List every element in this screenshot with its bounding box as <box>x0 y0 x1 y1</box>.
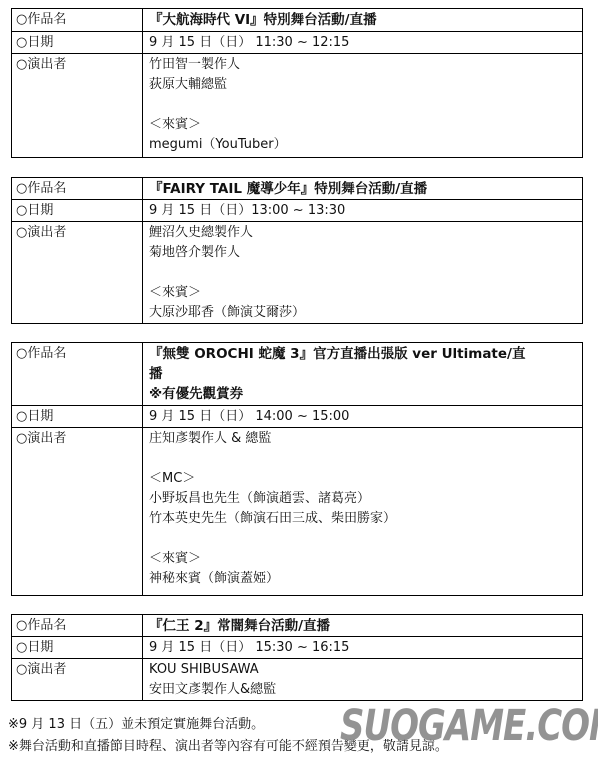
cast-line: megumi（YouTuber） <box>149 135 576 155</box>
cast-line: ＜來賓＞ <box>149 549 576 569</box>
event-table-4: ○作品名 『仁王 2』常闇舞台活動/直播 ○日期 9 月 15 日（日） 15:… <box>11 614 583 701</box>
cast-line: 神秘來賓（飾演蓋婭） <box>149 569 576 589</box>
cast-line: ＜MC＞ <box>149 469 576 489</box>
cast-line: 大原沙耶香（飾演艾爾莎） <box>149 303 576 323</box>
event-date: 9 月 15 日（日） 15:30 ~ 16:15 <box>143 637 583 659</box>
label-date: ○日期 <box>12 32 143 54</box>
label-title: ○作品名 <box>12 178 143 200</box>
cast-line: KOU SHIBUSAWA <box>149 660 576 680</box>
title-line: 『無雙 OROCHI 蛇魔 3』官方直播出張版 ver Ultimate/直 <box>149 344 576 364</box>
event-title: 『大航海時代 VI』特別舞台活動/直播 <box>143 9 583 32</box>
cast-line <box>149 263 576 283</box>
label-date: ○日期 <box>12 406 143 428</box>
cast-line: 小野坂昌也先生（飾演趙雲、諸葛亮） <box>149 489 576 509</box>
title-line: 播 <box>149 364 576 384</box>
label-cast: ○演出者 <box>12 222 143 324</box>
event-cast: KOU SHIBUSAWA 安田文彥製作人&總監 <box>143 659 583 701</box>
label-title: ○作品名 <box>12 343 143 406</box>
cast-line: ＜來賓＞ <box>149 283 576 303</box>
label-cast: ○演出者 <box>12 428 143 596</box>
event-cast: 竹田智一製作人 荻原大輔總監 ＜來賓＞ megumi（YouTuber） <box>143 54 583 158</box>
cast-line <box>149 529 576 549</box>
cast-line <box>149 95 576 115</box>
event-table-3: ○作品名 『無雙 OROCHI 蛇魔 3』官方直播出張版 ver Ultimat… <box>11 342 583 596</box>
event-title: 『無雙 OROCHI 蛇魔 3』官方直播出張版 ver Ultimate/直 播… <box>143 343 583 406</box>
cast-line: 鯉沼久史總製作人 <box>149 223 576 243</box>
label-title: ○作品名 <box>12 9 143 32</box>
event-date: 9 月 15 日（日） 14:00 ~ 15:00 <box>143 406 583 428</box>
event-table-2: ○作品名 『FAIRY TAIL 魔導少年』特別舞台活動/直播 ○日期 9 月 … <box>11 177 583 324</box>
event-date: 9 月 15 日（日）13:00 ~ 13:30 <box>143 200 583 222</box>
event-date: 9 月 15 日（日） 11:30 ~ 12:15 <box>143 32 583 54</box>
cast-line: 竹田智一製作人 <box>149 55 576 75</box>
watermark: SUOGAME.COM <box>340 701 598 751</box>
label-cast: ○演出者 <box>12 54 143 158</box>
label-cast: ○演出者 <box>12 659 143 701</box>
cast-line <box>149 449 576 469</box>
cast-line: 荻原大輔總監 <box>149 75 576 95</box>
event-cast: 鯉沼久史總製作人 菊地啓介製作人 ＜來賓＞ 大原沙耶香（飾演艾爾莎） <box>143 222 583 324</box>
event-table-1: ○作品名 『大航海時代 VI』特別舞台活動/直播 ○日期 9 月 15 日（日）… <box>11 8 583 158</box>
cast-line: 庄知彥製作人 & 總監 <box>149 429 576 449</box>
cast-line: 菊地啓介製作人 <box>149 243 576 263</box>
label-title: ○作品名 <box>12 615 143 637</box>
cast-line: 安田文彥製作人&總監 <box>149 680 576 700</box>
title-line: ※有優先觀賞券 <box>149 384 576 404</box>
event-title: 『仁王 2』常闇舞台活動/直播 <box>143 615 583 637</box>
label-date: ○日期 <box>12 637 143 659</box>
event-title: 『FAIRY TAIL 魔導少年』特別舞台活動/直播 <box>143 178 583 200</box>
event-cast: 庄知彥製作人 & 總監 ＜MC＞ 小野坂昌也先生（飾演趙雲、諸葛亮） 竹本英史先… <box>143 428 583 596</box>
cast-line: 竹本英史先生（飾演石田三成、柴田勝家） <box>149 509 576 529</box>
cast-line: ＜來賓＞ <box>149 115 576 135</box>
label-date: ○日期 <box>12 200 143 222</box>
